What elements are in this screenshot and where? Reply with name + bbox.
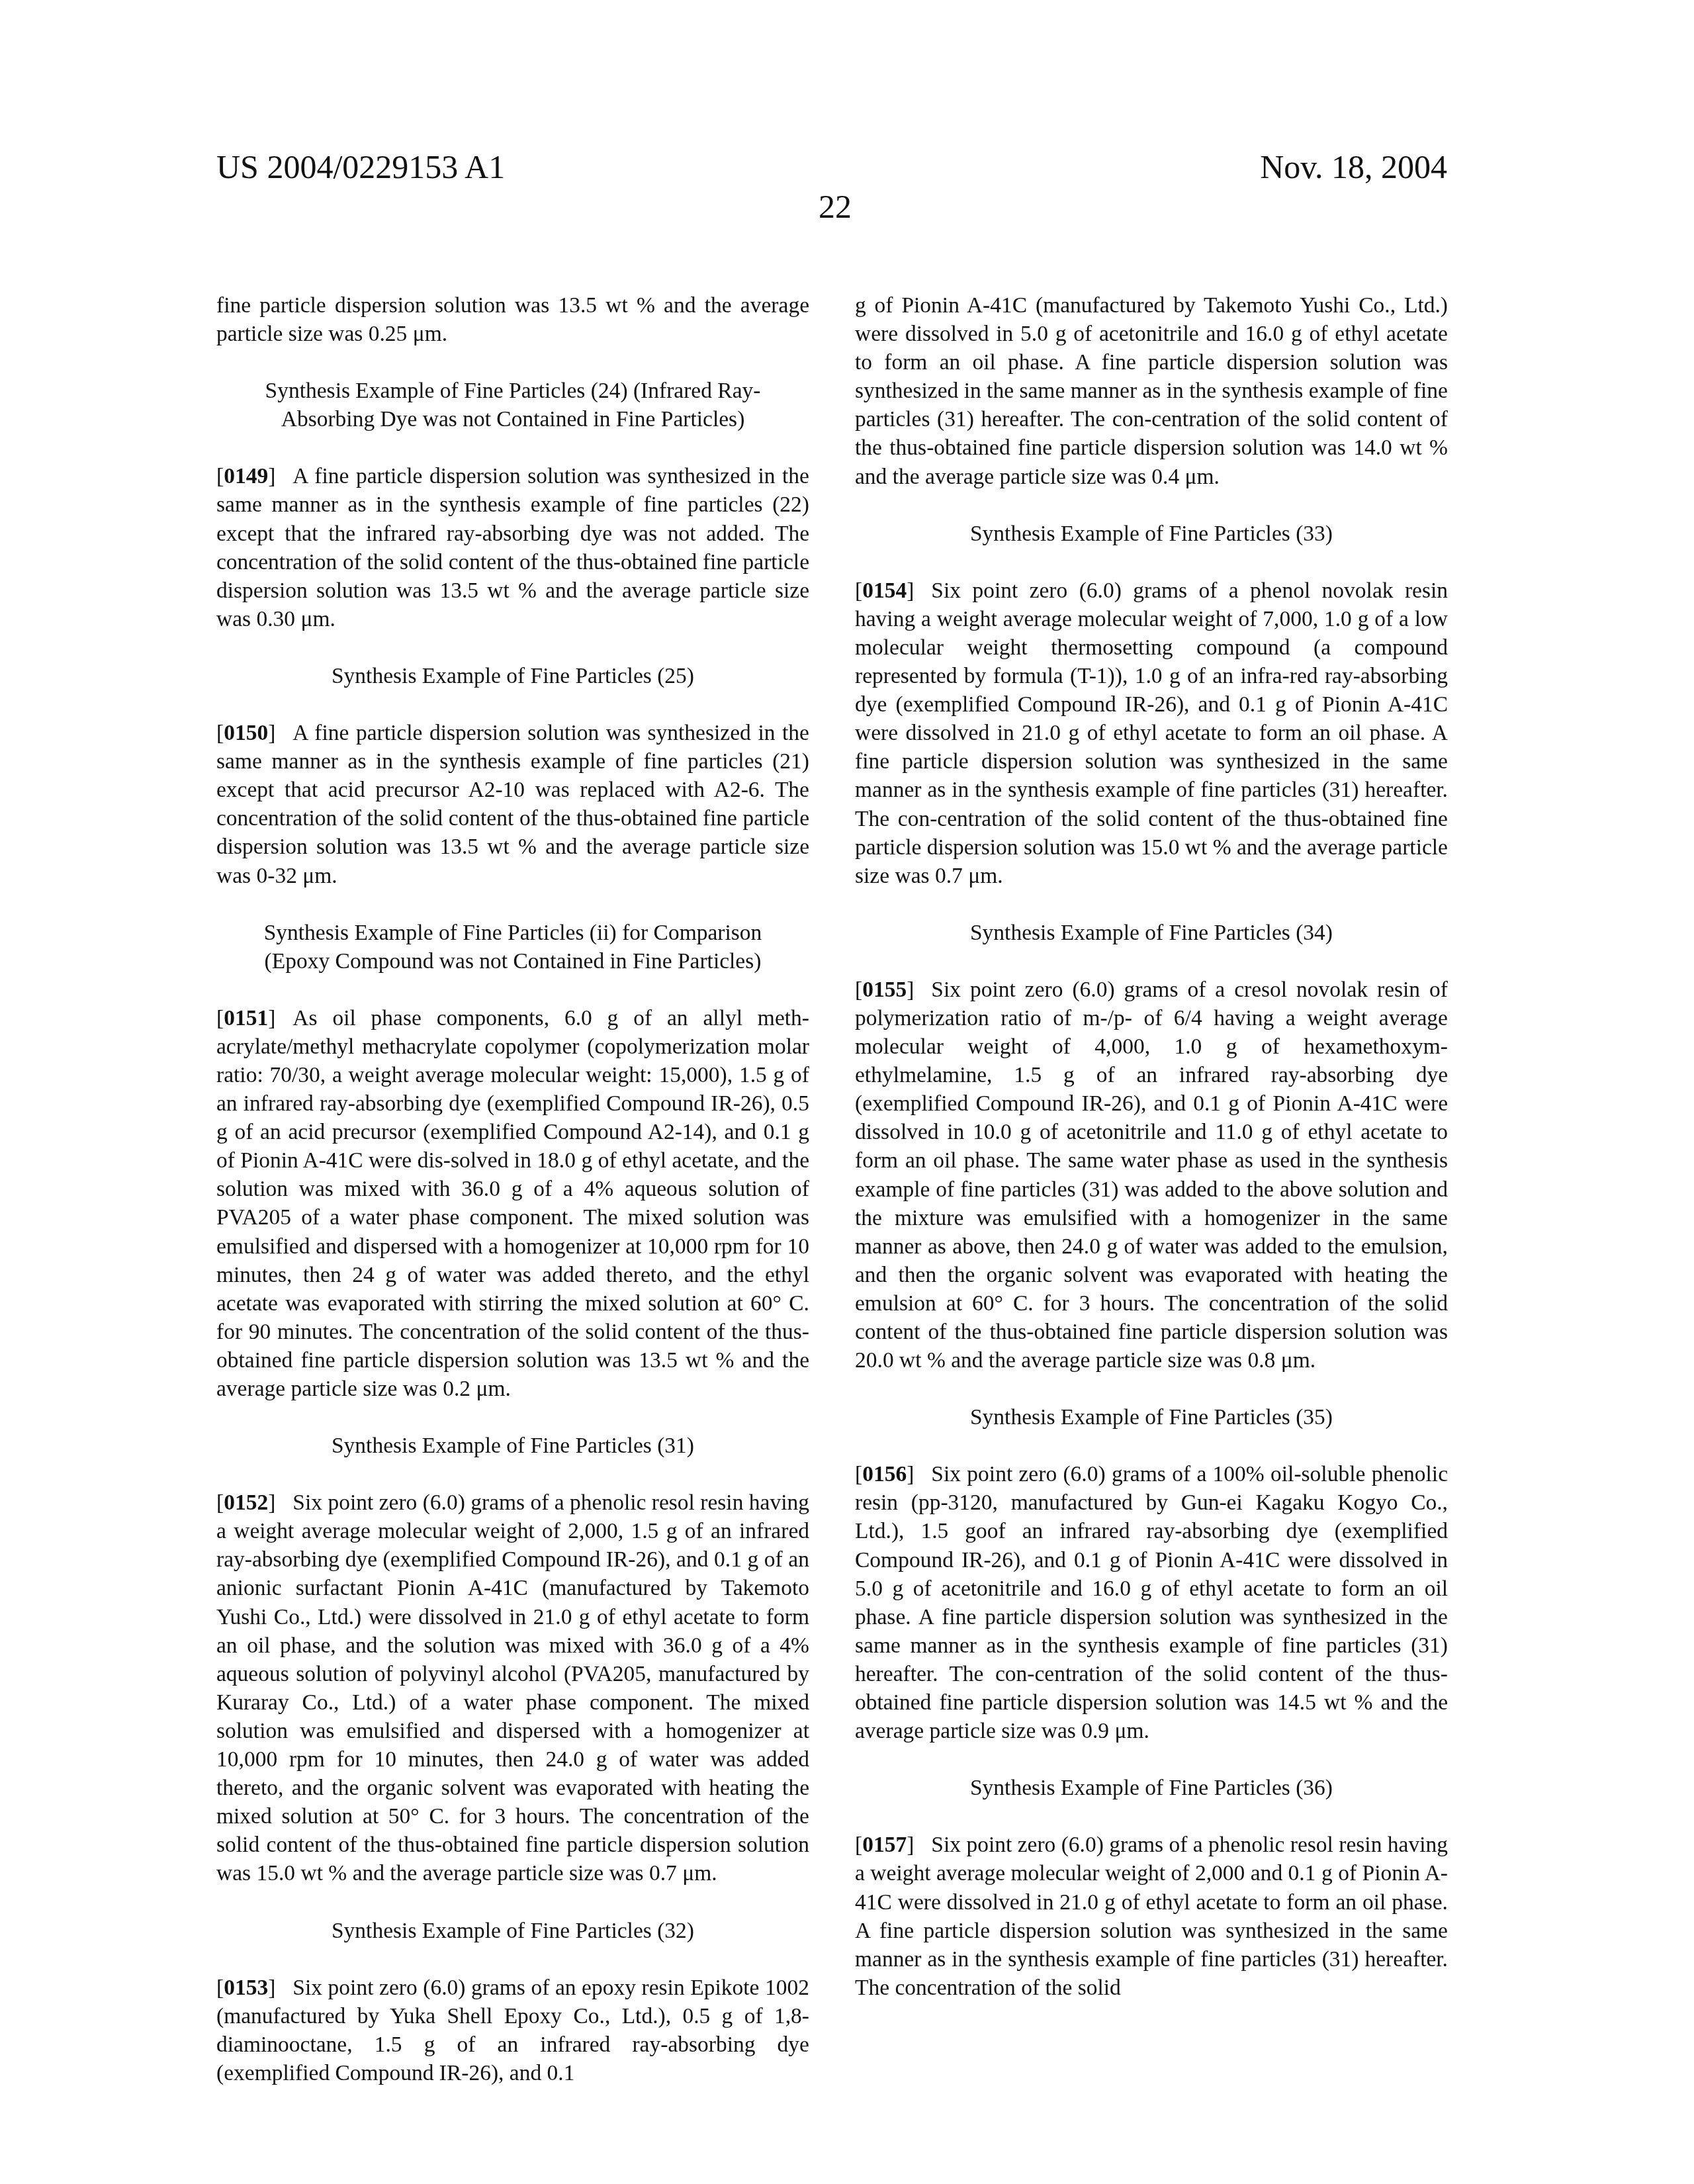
- paragraph-0150: [0150]A fine particle dispersion solutio…: [216, 719, 809, 890]
- paragraph-0149: [0149]A fine particle dispersion solutio…: [216, 462, 809, 633]
- continued-paragraph: g of Pionin A-41C (manufactured by Takem…: [855, 291, 1448, 491]
- left-column: fine particle dispersion solution was 13…: [216, 291, 809, 2116]
- paragraph-number: [0150]: [216, 721, 275, 745]
- publication-number: US 2004/0229153 A1: [216, 147, 505, 187]
- section-heading: Synthesis Example of Fine Particles (24)…: [216, 377, 809, 433]
- section-heading: Synthesis Example of Fine Particles (36): [855, 1774, 1448, 1802]
- paragraph-text: A fine particle dispersion solution was …: [216, 464, 809, 631]
- paragraph-0151: [0151]As oil phase components, 6.0 g of …: [216, 1004, 809, 1403]
- paragraph-number: [0154]: [855, 578, 914, 603]
- continued-paragraph: fine particle dispersion solution was 13…: [216, 291, 809, 348]
- publication-date: Nov. 18, 2004: [1260, 147, 1447, 187]
- right-column: g of Pionin A-41C (manufactured by Takem…: [855, 291, 1448, 2030]
- paragraph-text: As oil phase components, 6.0 g of an all…: [216, 1006, 809, 1401]
- paragraph-number: [0156]: [855, 1462, 914, 1486]
- paragraph-0152: [0152]Six point zero (6.0) grams of a ph…: [216, 1488, 809, 1888]
- section-heading: Synthesis Example of Fine Particles (34): [855, 919, 1448, 947]
- paragraph-0155: [0155]Six point zero (6.0) grams of a cr…: [855, 976, 1448, 1375]
- page-number: 22: [819, 187, 852, 226]
- paragraph-number: [0157]: [855, 1833, 914, 1857]
- section-heading: Synthesis Example of Fine Particles (35): [855, 1403, 1448, 1432]
- paragraph-0153: [0153]Six point zero (6.0) grams of an e…: [216, 1974, 809, 2087]
- section-heading: Synthesis Example of Fine Particles (25): [216, 662, 809, 690]
- paragraph-number: [0153]: [216, 1976, 275, 2000]
- paragraph-number: [0149]: [216, 464, 275, 488]
- section-heading: Synthesis Example of Fine Particles (ii)…: [216, 919, 809, 976]
- section-heading: Synthesis Example of Fine Particles (31): [216, 1432, 809, 1460]
- paragraph-number: [0155]: [855, 978, 914, 1002]
- paragraph-text: Six point zero (6.0) grams of a phenolic…: [855, 1833, 1448, 1999]
- paragraph-0154: [0154]Six point zero (6.0) grams of a ph…: [855, 576, 1448, 890]
- paragraph-text: Six point zero (6.0) grams of a cresol n…: [855, 978, 1448, 1373]
- paragraph-text: Six point zero (6.0) grams of a phenolic…: [216, 1490, 809, 1886]
- paragraph-text: A fine particle dispersion solution was …: [216, 721, 809, 887]
- paragraph-0157: [0157]Six point zero (6.0) grams of a ph…: [855, 1831, 1448, 2002]
- section-heading: Synthesis Example of Fine Particles (33): [855, 520, 1448, 548]
- paragraph-0156: [0156]Six point zero (6.0) grams of a 10…: [855, 1460, 1448, 1745]
- paragraph-text: Six point zero (6.0) grams of a 100% oil…: [855, 1462, 1448, 1743]
- paragraph-number: [0152]: [216, 1490, 275, 1515]
- paragraph-number: [0151]: [216, 1006, 275, 1030]
- section-heading: Synthesis Example of Fine Particles (32): [216, 1917, 809, 1945]
- paragraph-text: Six point zero (6.0) grams of an epoxy r…: [216, 1976, 809, 2085]
- paragraph-text: Six point zero (6.0) grams of a phenol n…: [855, 578, 1448, 888]
